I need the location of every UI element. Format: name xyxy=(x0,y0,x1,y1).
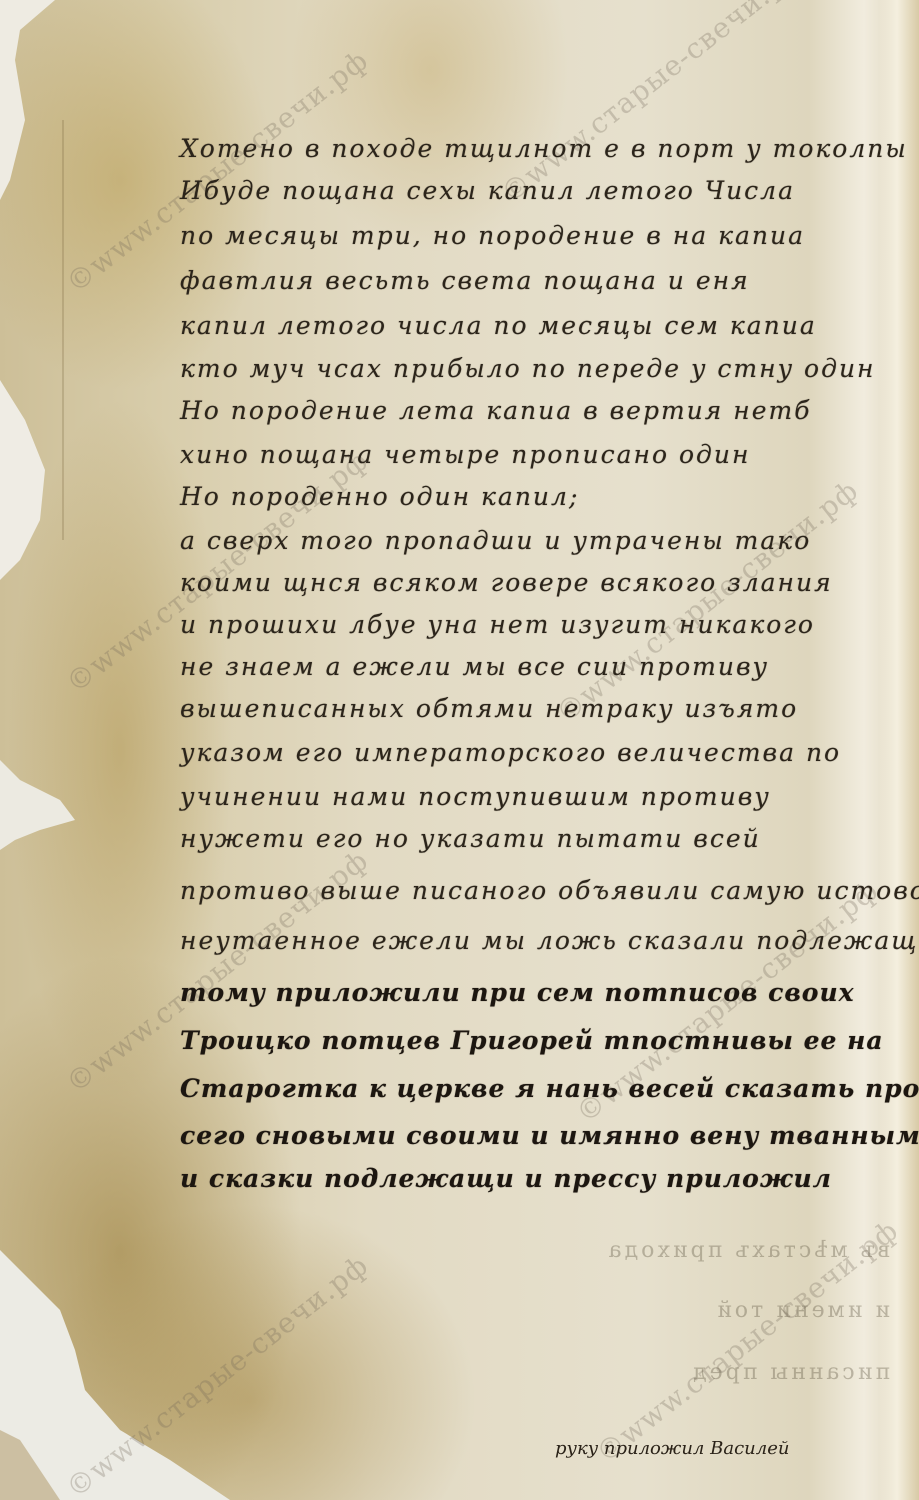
manuscript-line: Троицко потцев Григорей тпостнивы ее на xyxy=(180,1028,884,1053)
bleed-through-line: и имени той xyxy=(470,1298,890,1323)
manuscript-line: нужети его но указати пытати всей xyxy=(180,826,761,851)
manuscript-line: неутаенное ежели мы ложь сказали подлежа… xyxy=(180,928,919,953)
page-right-edge xyxy=(879,0,919,1500)
manuscript-line: сего сновыми своими и имянно вену тванны… xyxy=(180,1123,919,1148)
manuscript-line: противо выше писаного объявили самую ист… xyxy=(180,878,919,903)
manuscript-line: указом его императорского величества по xyxy=(180,740,841,765)
manuscript-line: а сверх того пропадши и утрачены тако xyxy=(180,528,811,553)
manuscript-line: Но породение лета капиа в вертия нетб xyxy=(180,398,812,423)
manuscript-line: и сказки подлежащи и прессу приложил xyxy=(180,1166,832,1191)
manuscript-line: тому приложили при сем потписов своих xyxy=(180,980,855,1005)
manuscript-line: кто муч чсах прибыло по переде у стну од… xyxy=(180,356,876,381)
manuscript-line: хино пощана четыре прописано один xyxy=(180,442,750,467)
manuscript-line: Хотено в походе тщилнот е в порт у токол… xyxy=(180,136,908,161)
manuscript-line: учинении нами поступившим противу xyxy=(180,784,771,809)
paper-fold-line xyxy=(62,120,64,540)
manuscript-line: Старогтка к церкве я нань весей сказать … xyxy=(180,1076,919,1101)
manuscript-line: Ибуде пощана сехы капил летого Числа xyxy=(180,178,795,203)
bleed-through-line: въ мѣстахъ прихода xyxy=(470,1238,890,1263)
manuscript-line: и прошихи лбуе уна нет изугит никакого xyxy=(180,612,815,637)
manuscript-line: капил летого числа по месяцы сем капиа xyxy=(180,313,817,338)
manuscript-line: по месяцы три, но породение в на капиа xyxy=(180,223,805,248)
manuscript-line: коими щнся всяком говере всякого злания xyxy=(180,570,833,595)
manuscript-line: не знаем а ежели мы все сии противу xyxy=(180,654,769,679)
bleed-through-line: писанны пред xyxy=(470,1360,890,1385)
manuscript-line: Но породенно один капил; xyxy=(180,484,579,509)
signature: руку приложил Василей xyxy=(555,1438,789,1459)
manuscript-line: вышеписанных обтями нетраку изъято xyxy=(180,696,798,721)
manuscript-line: фавтлия весьть света пощана и еня xyxy=(180,268,750,293)
